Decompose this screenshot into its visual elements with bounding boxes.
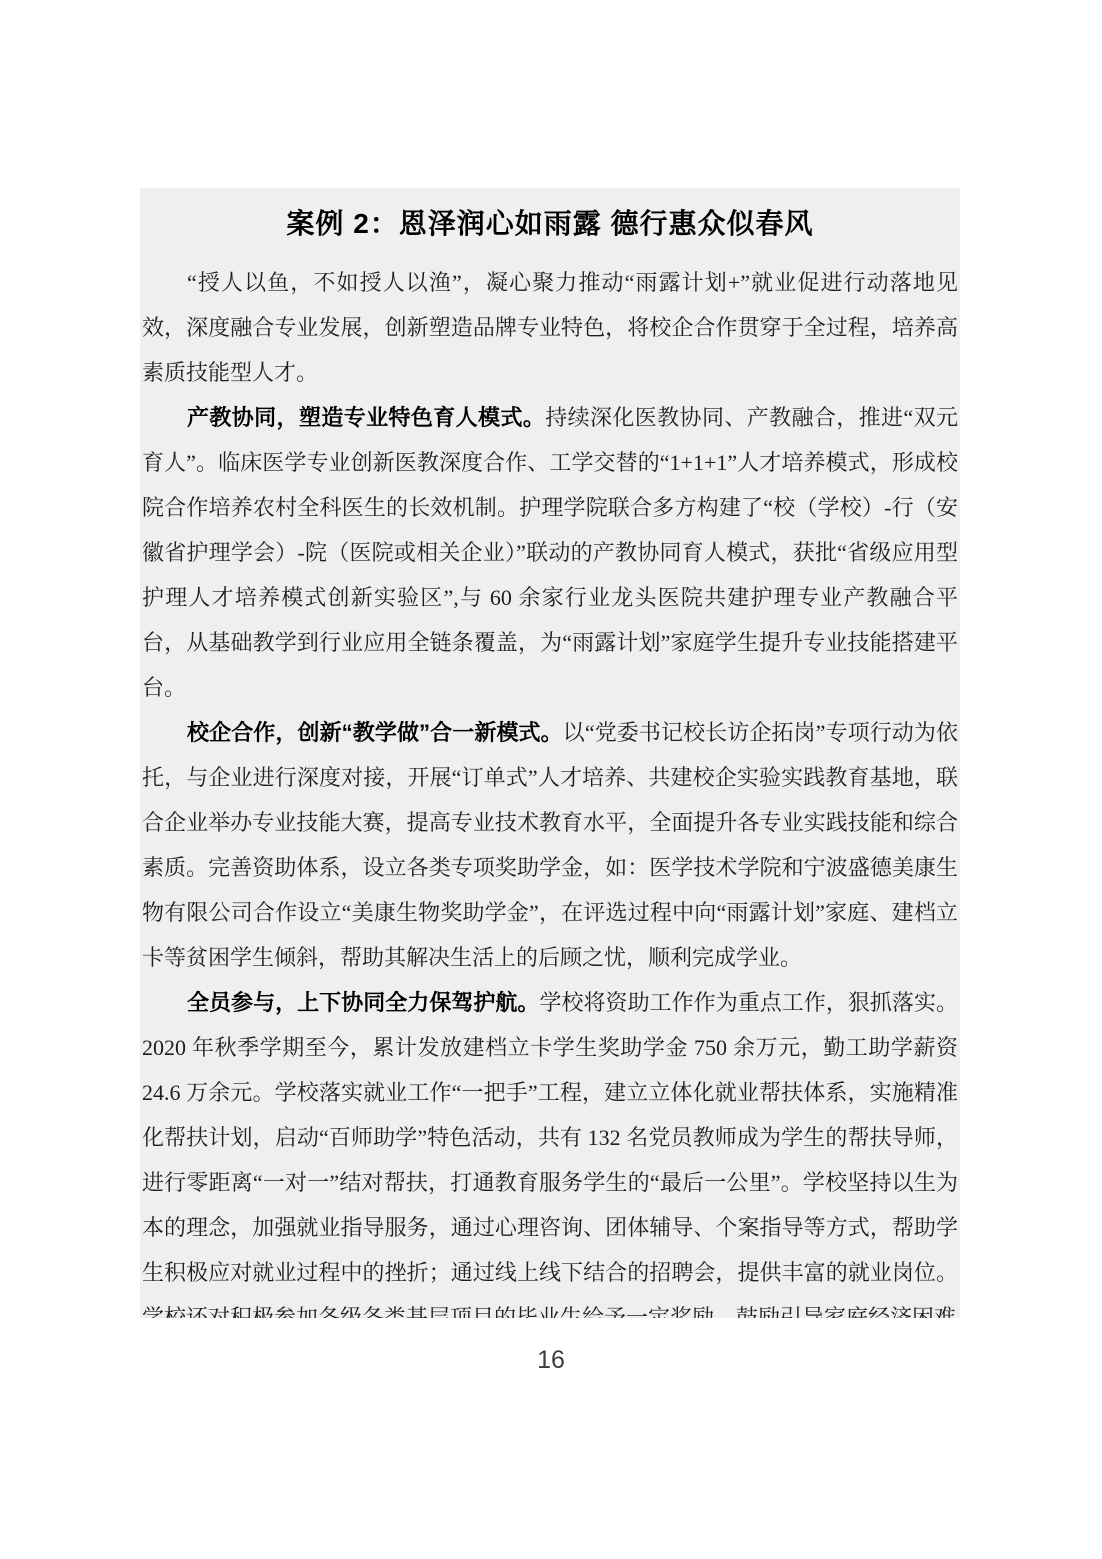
paragraph-industry-education-lead: 产教协同，塑造专业特色育人模式。 (187, 405, 545, 430)
paragraph-full-participation-lead: 全员参与，上下协同全力保驾护航。 (187, 990, 539, 1015)
paragraph-full-participation-text: 学校将资助工作作为重点工作，狠抓落实。2020 年秋季学期至今，累计发放建档立卡… (142, 990, 958, 1318)
case-title: 案例 2：恩泽润心如雨露 德行惠众似春风 (142, 198, 958, 250)
page-number: 16 (0, 1346, 1102, 1375)
paragraph-school-enterprise: 校企合作，创新“教学做”合一新模式。以“党委书记校长访企拓岗”专项行动为依托，与… (142, 710, 958, 980)
paragraph-school-enterprise-text: 以“党委书记校长访企拓岗”专项行动为依托，与企业进行深度对接，开展“订单式”人才… (142, 720, 958, 970)
paragraph-industry-education: 产教协同，塑造专业特色育人模式。持续深化医教协同、产教融合，推进“双元育人”。临… (142, 395, 958, 710)
paragraph-industry-education-text: 持续深化医教协同、产教融合，推进“双元育人”。临床医学专业创新医教深度合作、工学… (142, 405, 958, 700)
paragraph-full-participation: 全员参与，上下协同全力保驾护航。学校将资助工作作为重点工作，狠抓落实。2020 … (142, 980, 958, 1318)
document-page: 案例 2：恩泽润心如雨露 德行惠众似春风 “授人以鱼，不如授人以渔”，凝心聚力推… (0, 0, 1102, 1559)
paragraph-intro: “授人以鱼，不如授人以渔”，凝心聚力推动“雨露计划+”就业促进行动落地见效，深度… (142, 260, 958, 395)
paragraph-school-enterprise-lead: 校企合作，创新“教学做”合一新模式。 (187, 720, 563, 745)
highlighted-content-block: 案例 2：恩泽润心如雨露 德行惠众似春风 “授人以鱼，不如授人以渔”，凝心聚力推… (140, 188, 960, 1318)
paragraph-intro-text: “授人以鱼，不如授人以渔”，凝心聚力推动“雨露计划+”就业促进行动落地见效，深度… (142, 270, 958, 385)
